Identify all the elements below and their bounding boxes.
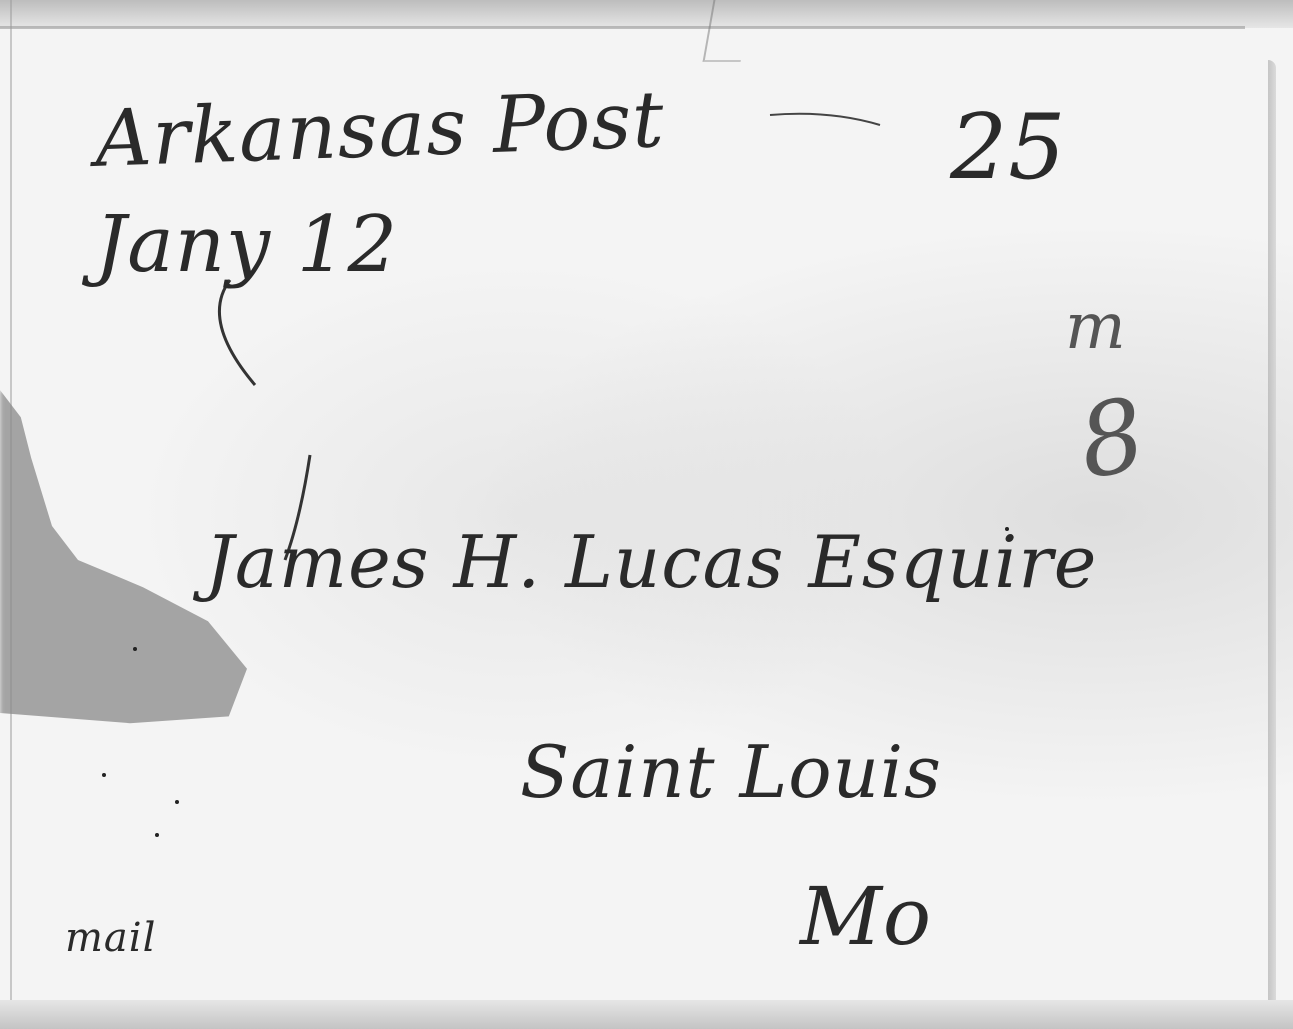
postage-rate: 25 — [950, 95, 1067, 200]
postmark-date: Jany 12 — [95, 200, 398, 290]
route-marking: mail — [65, 915, 156, 961]
side-notation-m: m — [1065, 290, 1127, 364]
ink-speck — [175, 800, 179, 804]
ink-speck — [133, 647, 137, 651]
addressee-name: James H. Lucas Esquire — [205, 520, 1097, 604]
ink-speck — [155, 833, 159, 837]
address-state: Mo — [800, 870, 932, 963]
address-city: Saint Louis — [520, 730, 942, 814]
envelope-sheet: Arkansas Post Jany 12 25 m 8 James H. Lu… — [0, 0, 1293, 1029]
ink-speck — [102, 773, 106, 777]
ink-speck — [1005, 527, 1009, 531]
